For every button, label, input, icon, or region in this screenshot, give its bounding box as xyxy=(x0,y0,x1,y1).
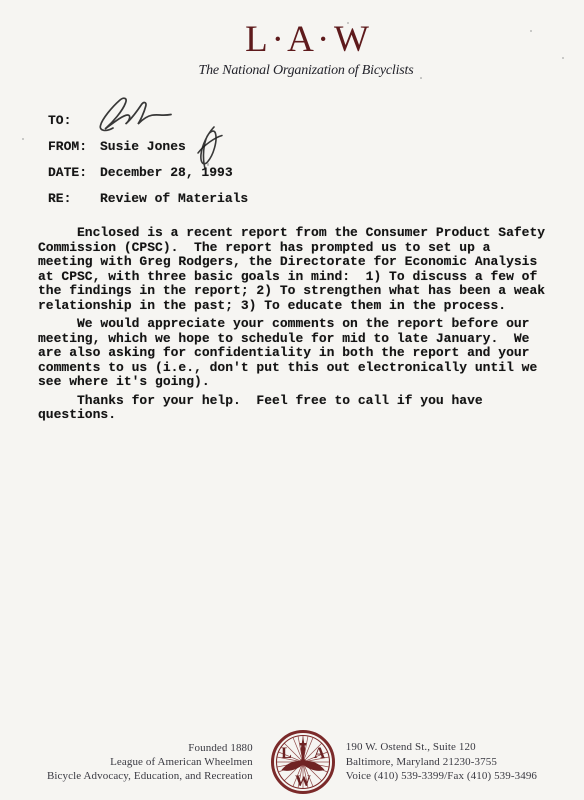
handwritten-initials xyxy=(193,124,225,172)
re-label: RE: xyxy=(48,191,100,206)
letterhead: L · A · W The National Organization of B… xyxy=(14,24,584,79)
footer-address-block: 190 W. Ostend St., Suite 120 Baltimore, … xyxy=(346,740,537,784)
memo-row-re: RE: Review of Materials xyxy=(48,191,248,217)
memo-page: L · A · W The National Organization of B… xyxy=(0,0,584,800)
paragraph-3: Thanks for your help. Feel free to call … xyxy=(38,394,558,423)
footer-phone: Voice (410) 539-3399/Fax (410) 539-3496 xyxy=(346,769,537,784)
letterhead-footer: Founded 1880 League of American Wheelmen… xyxy=(0,728,584,796)
from-label: FROM: xyxy=(48,139,100,154)
law-wheel-logo-icon: L A W xyxy=(270,729,336,795)
letterhead-tagline: The National Organization of Bicyclists xyxy=(14,63,584,79)
svg-text:A: A xyxy=(313,745,325,762)
paragraph-1: Enclosed is a recent report from the Con… xyxy=(38,226,558,314)
footer-org-mission: Bicycle Advocacy, Education, and Recreat… xyxy=(47,769,253,783)
scan-speck xyxy=(22,138,24,140)
svg-text:W: W xyxy=(295,773,311,790)
date-label: DATE: xyxy=(48,165,100,180)
footer-founded: Founded 1880 xyxy=(47,741,253,755)
letterhead-title: L · A · W xyxy=(14,24,584,56)
footer-city: Baltimore, Maryland 21230-3755 xyxy=(346,755,537,770)
paragraph-2: We would appreciate your comments on the… xyxy=(38,317,558,390)
handwritten-signature xyxy=(92,95,174,135)
re-value: Review of Materials xyxy=(100,191,248,206)
svg-text:L: L xyxy=(281,745,292,762)
footer-org-block: Founded 1880 League of American Wheelmen… xyxy=(47,741,253,783)
from-value: Susie Jones xyxy=(100,139,186,154)
memo-body: Enclosed is a recent report from the Con… xyxy=(38,226,558,426)
footer-street: 190 W. Ostend St., Suite 120 xyxy=(346,740,537,755)
footer-org-name: League of American Wheelmen xyxy=(47,755,253,769)
